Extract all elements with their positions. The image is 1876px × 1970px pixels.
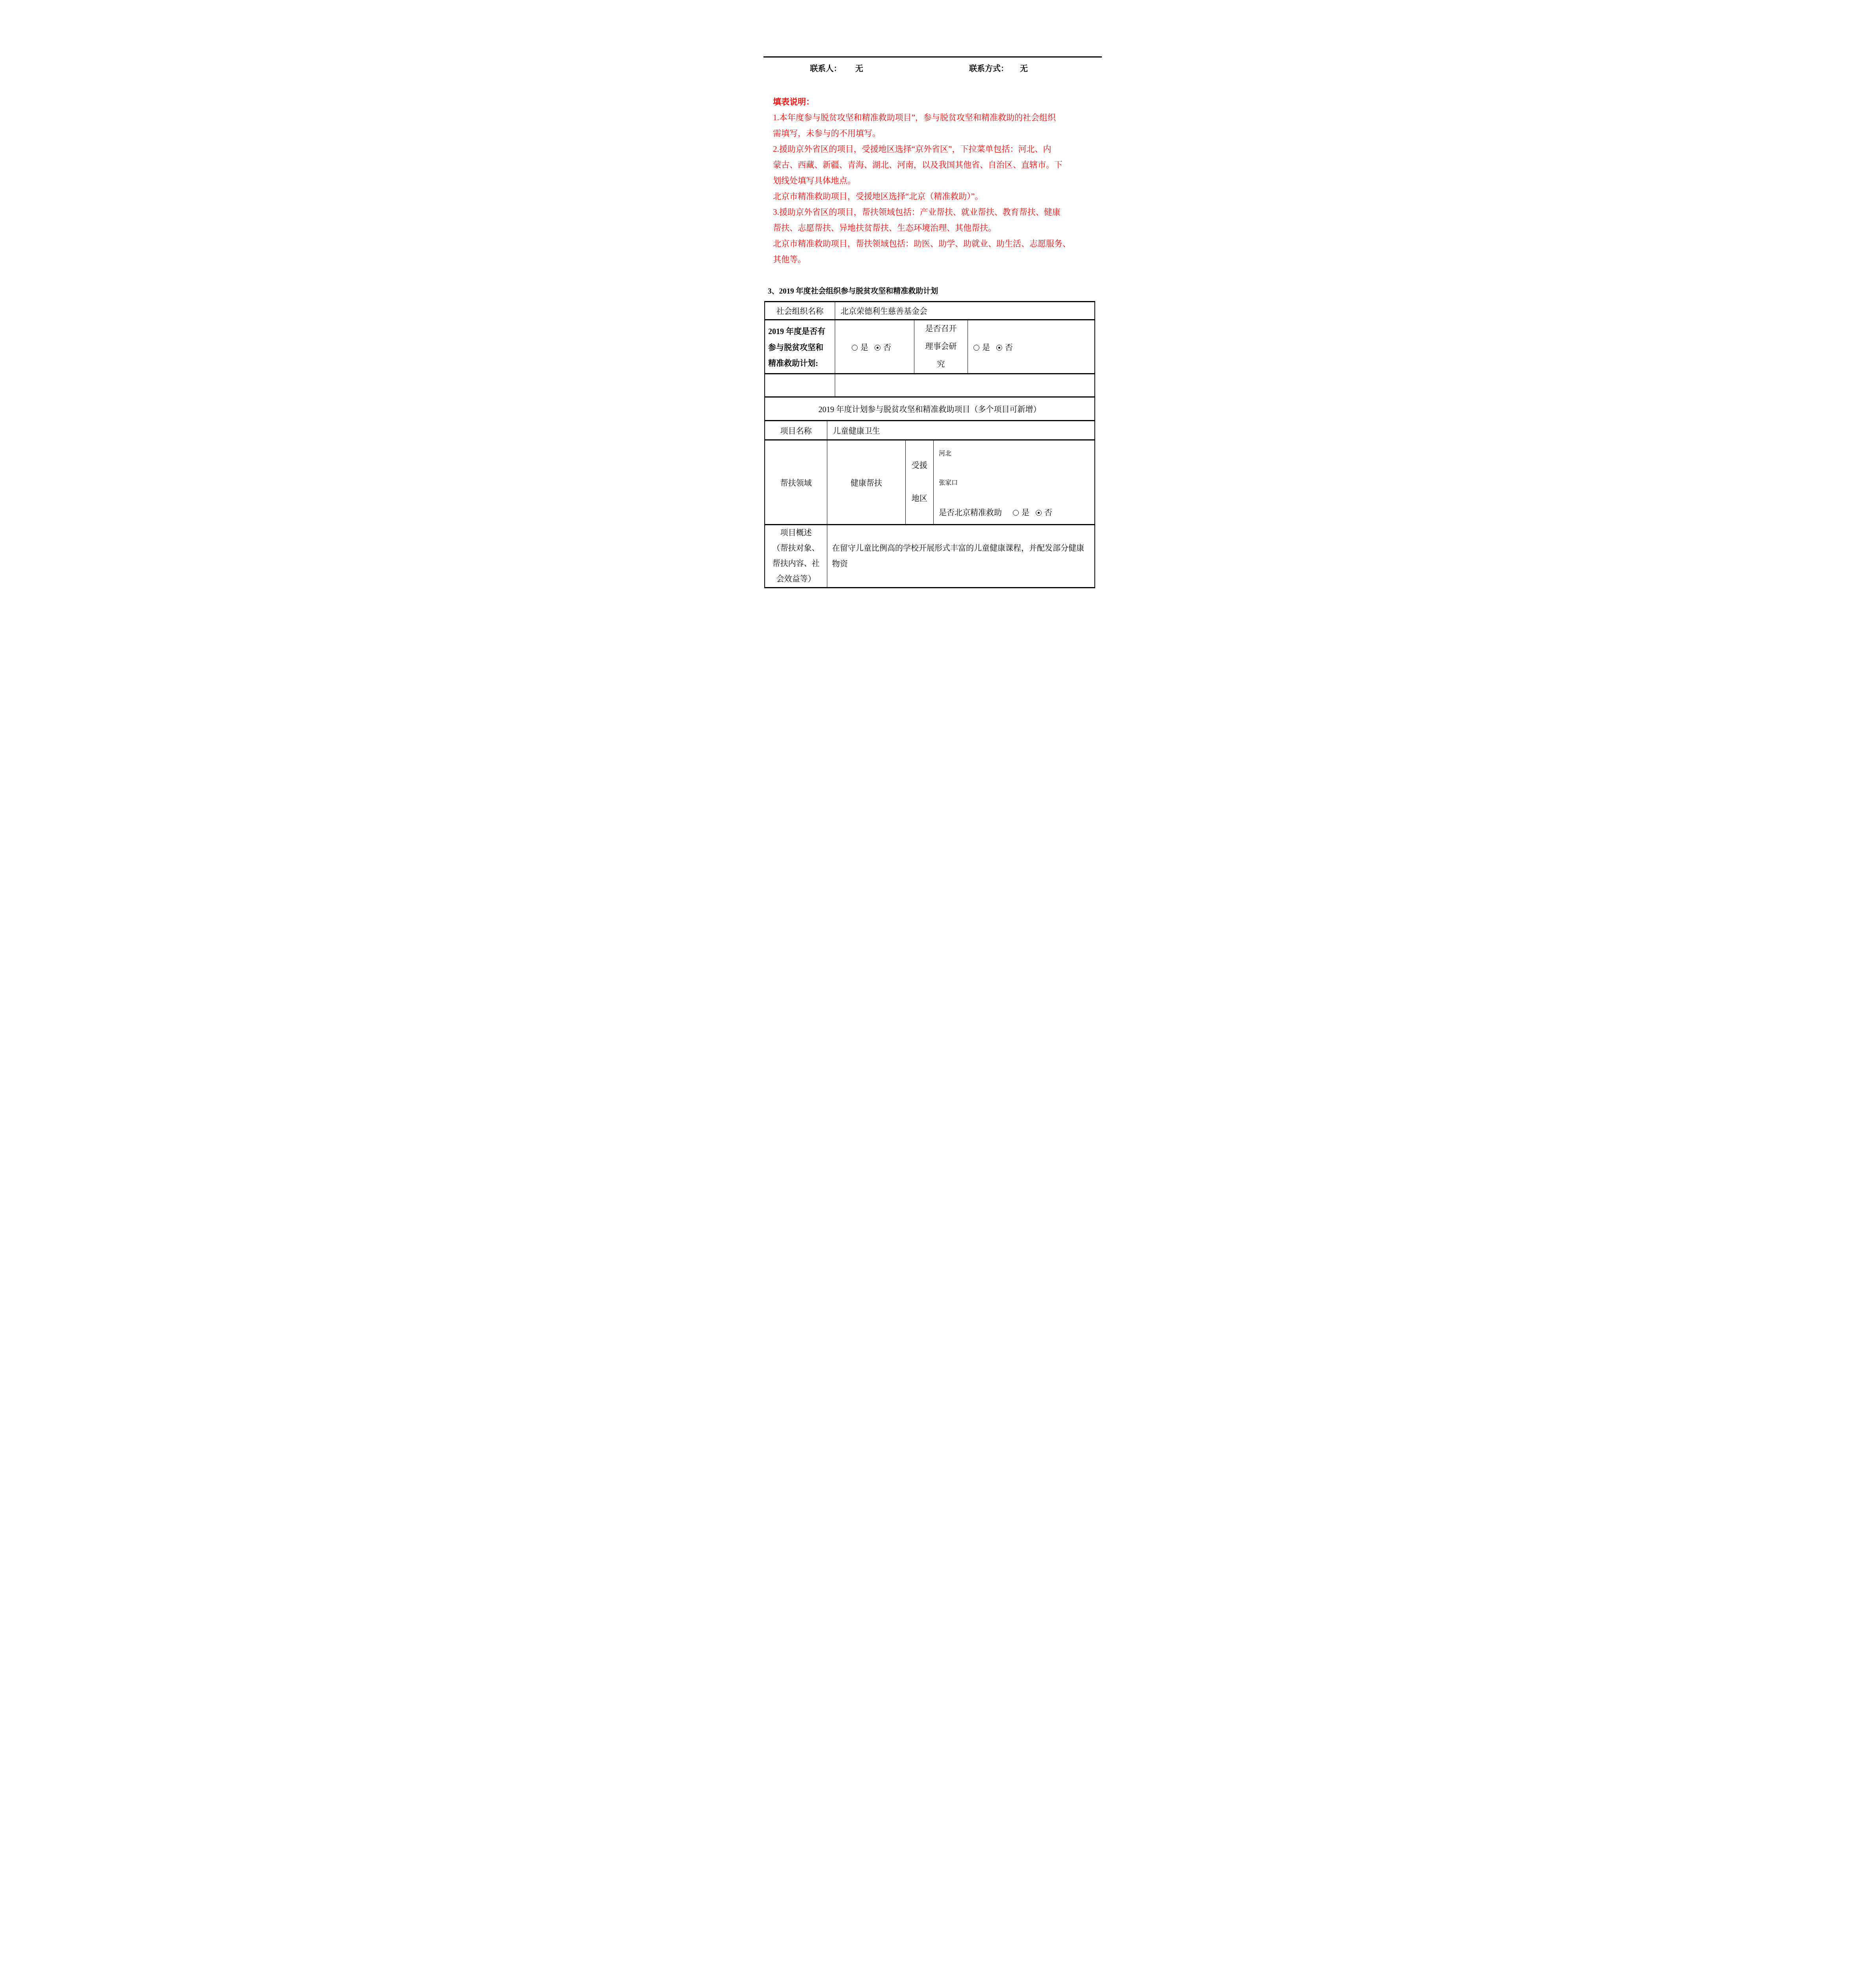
plan-radio-yes[interactable]	[852, 345, 858, 351]
plan-label-line: 2019 年度是否有	[768, 325, 825, 336]
beijing-radio-yes-label: 是	[1022, 509, 1029, 517]
summary-label-line: 帮扶内容、社	[773, 556, 820, 571]
plan-radio-yes-label: 是	[860, 344, 868, 352]
board-radio-cell: 是否	[968, 320, 1094, 373]
empty-value-cell	[835, 374, 1094, 396]
contact-person-value: 无	[855, 62, 863, 74]
instruction-line: 需填写，未参与的不用填写。	[773, 125, 1112, 141]
contact-method-label: 联系方式：	[969, 62, 1009, 74]
instruction-line: 2.援助京外省区的项目，受援地区选择“京外省区”，下拉菜单包括：河北、内	[773, 141, 1112, 157]
table-row-summary: 项目概述 （帮扶对象、 帮扶内容、社 会效益等） 在留守儿童比例高的学校开展形式…	[765, 525, 1094, 588]
plan-radio-no[interactable]	[875, 345, 880, 351]
instruction-line: 划线处填写具体地点。	[773, 173, 1112, 188]
table-row-empty	[765, 374, 1094, 398]
instruction-line: 3.援助京外省区的项目，帮扶领域包括：产业帮扶、就业帮扶、教育帮扶、健康	[773, 204, 1112, 220]
board-label-line: 理事会研	[925, 338, 957, 356]
contact-method-value: 无	[1020, 62, 1028, 74]
field-label-cell: 帮扶领域	[765, 440, 827, 524]
instruction-line: 北京市精准救助项目，帮扶领域包括：助医、助学、助就业、助生活、志愿服务、	[773, 236, 1112, 251]
beijing-radio-group: 是否	[1013, 506, 1059, 518]
table-row-plan: 2019 年度是否有 参与脱贫攻坚和 精准救助计划: 是否 是否召开 理事会研 …	[765, 320, 1094, 374]
region-province: 河北	[939, 448, 951, 457]
instruction-line: 其他等。	[773, 251, 1112, 267]
board-radio-group: 是否	[973, 341, 1019, 353]
beijing-radio-no[interactable]	[1036, 510, 1042, 516]
region-label-line: 受援	[912, 458, 927, 473]
board-label-line: 是否召开	[925, 320, 957, 338]
beijing-radio-yes[interactable]	[1013, 510, 1019, 516]
contact-row: 联系人： 无 联系方式： 无	[704, 62, 1172, 74]
plan-table: 社会组织名称 北京荣德利生慈善基金会 2019 年度是否有 参与脱贫攻坚和 精准…	[764, 301, 1095, 588]
plan-label-line: 精准救助计划:	[768, 357, 818, 368]
table-row-projects-header: 2019 年度计划参与脱贫攻坚和精准救助项目（多个项目可新增）	[765, 398, 1094, 421]
board-radio-no-label: 否	[1005, 344, 1013, 352]
summary-label-line: （帮扶对象、	[773, 541, 820, 556]
project-name-label-cell: 项目名称	[765, 421, 827, 439]
summary-label-line: 项目概述	[780, 526, 812, 541]
plan-radio-no-label: 否	[883, 344, 891, 352]
table-row-field-region: 帮扶领域 健康帮扶 受援 地区 河北 张家口 是否北京精准救助是否	[765, 440, 1094, 525]
beijing-rescue-label: 是否北京精准救助	[939, 509, 1002, 517]
section-heading: 3、2019 年度社会组织参与脱贫攻坚和精准救助计划	[768, 285, 938, 296]
project-name-value-cell: 儿童健康卫生	[827, 421, 1094, 439]
org-name-value-cell: 北京荣德利生慈善基金会	[835, 302, 1094, 319]
instruction-line: 蒙古、西藏、新疆、青海、湖北、河南，以及我国其他省、自治区、直辖市。下	[773, 157, 1112, 173]
region-value-cell: 河北 张家口 是否北京精准救助是否	[934, 440, 1094, 524]
instruction-line: 1.本年度参与脱贫攻坚和精准救助项目”，参与脱贫攻坚和精准救助的社会组织	[773, 110, 1112, 125]
projects-header-cell: 2019 年度计划参与脱贫攻坚和精准救助项目（多个项目可新增）	[765, 398, 1094, 420]
instructions-title: 填表说明：	[773, 94, 1112, 110]
table-row-org-name: 社会组织名称 北京荣德利生慈善基金会	[765, 302, 1094, 320]
board-radio-yes-label: 是	[982, 344, 990, 352]
plan-radio-group: 是否	[852, 341, 897, 353]
plan-label-line: 参与脱贫攻坚和	[768, 341, 823, 353]
plan-label-cell: 2019 年度是否有 参与脱贫攻坚和 精准救助计划:	[765, 320, 835, 373]
form-instructions: 填表说明： 1.本年度参与脱贫攻坚和精准救助项目”，参与脱贫攻坚和精准救助的社会…	[773, 94, 1112, 267]
beijing-radio-no-label: 否	[1044, 509, 1052, 517]
beijing-rescue-line: 是否北京精准救助是否	[939, 506, 1059, 518]
region-label-cell: 受援 地区	[906, 440, 934, 524]
region-city: 张家口	[939, 478, 958, 487]
instruction-line: 北京市精准救助项目，受援地区选择“北京（精准救助）”。	[773, 188, 1112, 204]
board-radio-yes[interactable]	[973, 345, 979, 351]
empty-label-cell	[765, 374, 835, 396]
header-rule	[763, 56, 1102, 58]
org-name-label-cell: 社会组织名称	[765, 302, 835, 319]
summary-label-cell: 项目概述 （帮扶对象、 帮扶内容、社 会效益等）	[765, 525, 827, 587]
table-row-project-name: 项目名称 儿童健康卫生	[765, 421, 1094, 440]
summary-label-line: 会效益等）	[776, 572, 816, 587]
field-value-cell: 健康帮扶	[827, 440, 906, 524]
plan-radio-cell: 是否	[835, 320, 914, 373]
board-label-line: 究	[937, 356, 945, 373]
document-page: 联系人： 无 联系方式： 无 填表说明： 1.本年度参与脱贫攻坚和精准救助项目”…	[704, 0, 1172, 663]
contact-person-label: 联系人：	[810, 62, 841, 74]
board-radio-no[interactable]	[996, 345, 1002, 351]
board-label-cell: 是否召开 理事会研 究	[914, 320, 968, 373]
summary-text: 在留守儿童比例高的学校开展形式丰富的儿童健康课程，并配发部分健康物资	[827, 541, 1094, 572]
summary-value-cell: 在留守儿童比例高的学校开展形式丰富的儿童健康课程，并配发部分健康物资	[827, 525, 1094, 587]
region-label-line: 地区	[912, 491, 927, 506]
instruction-line: 帮扶、志愿帮扶、异地扶贫帮扶、生态环境治理、其他帮扶。	[773, 220, 1112, 236]
